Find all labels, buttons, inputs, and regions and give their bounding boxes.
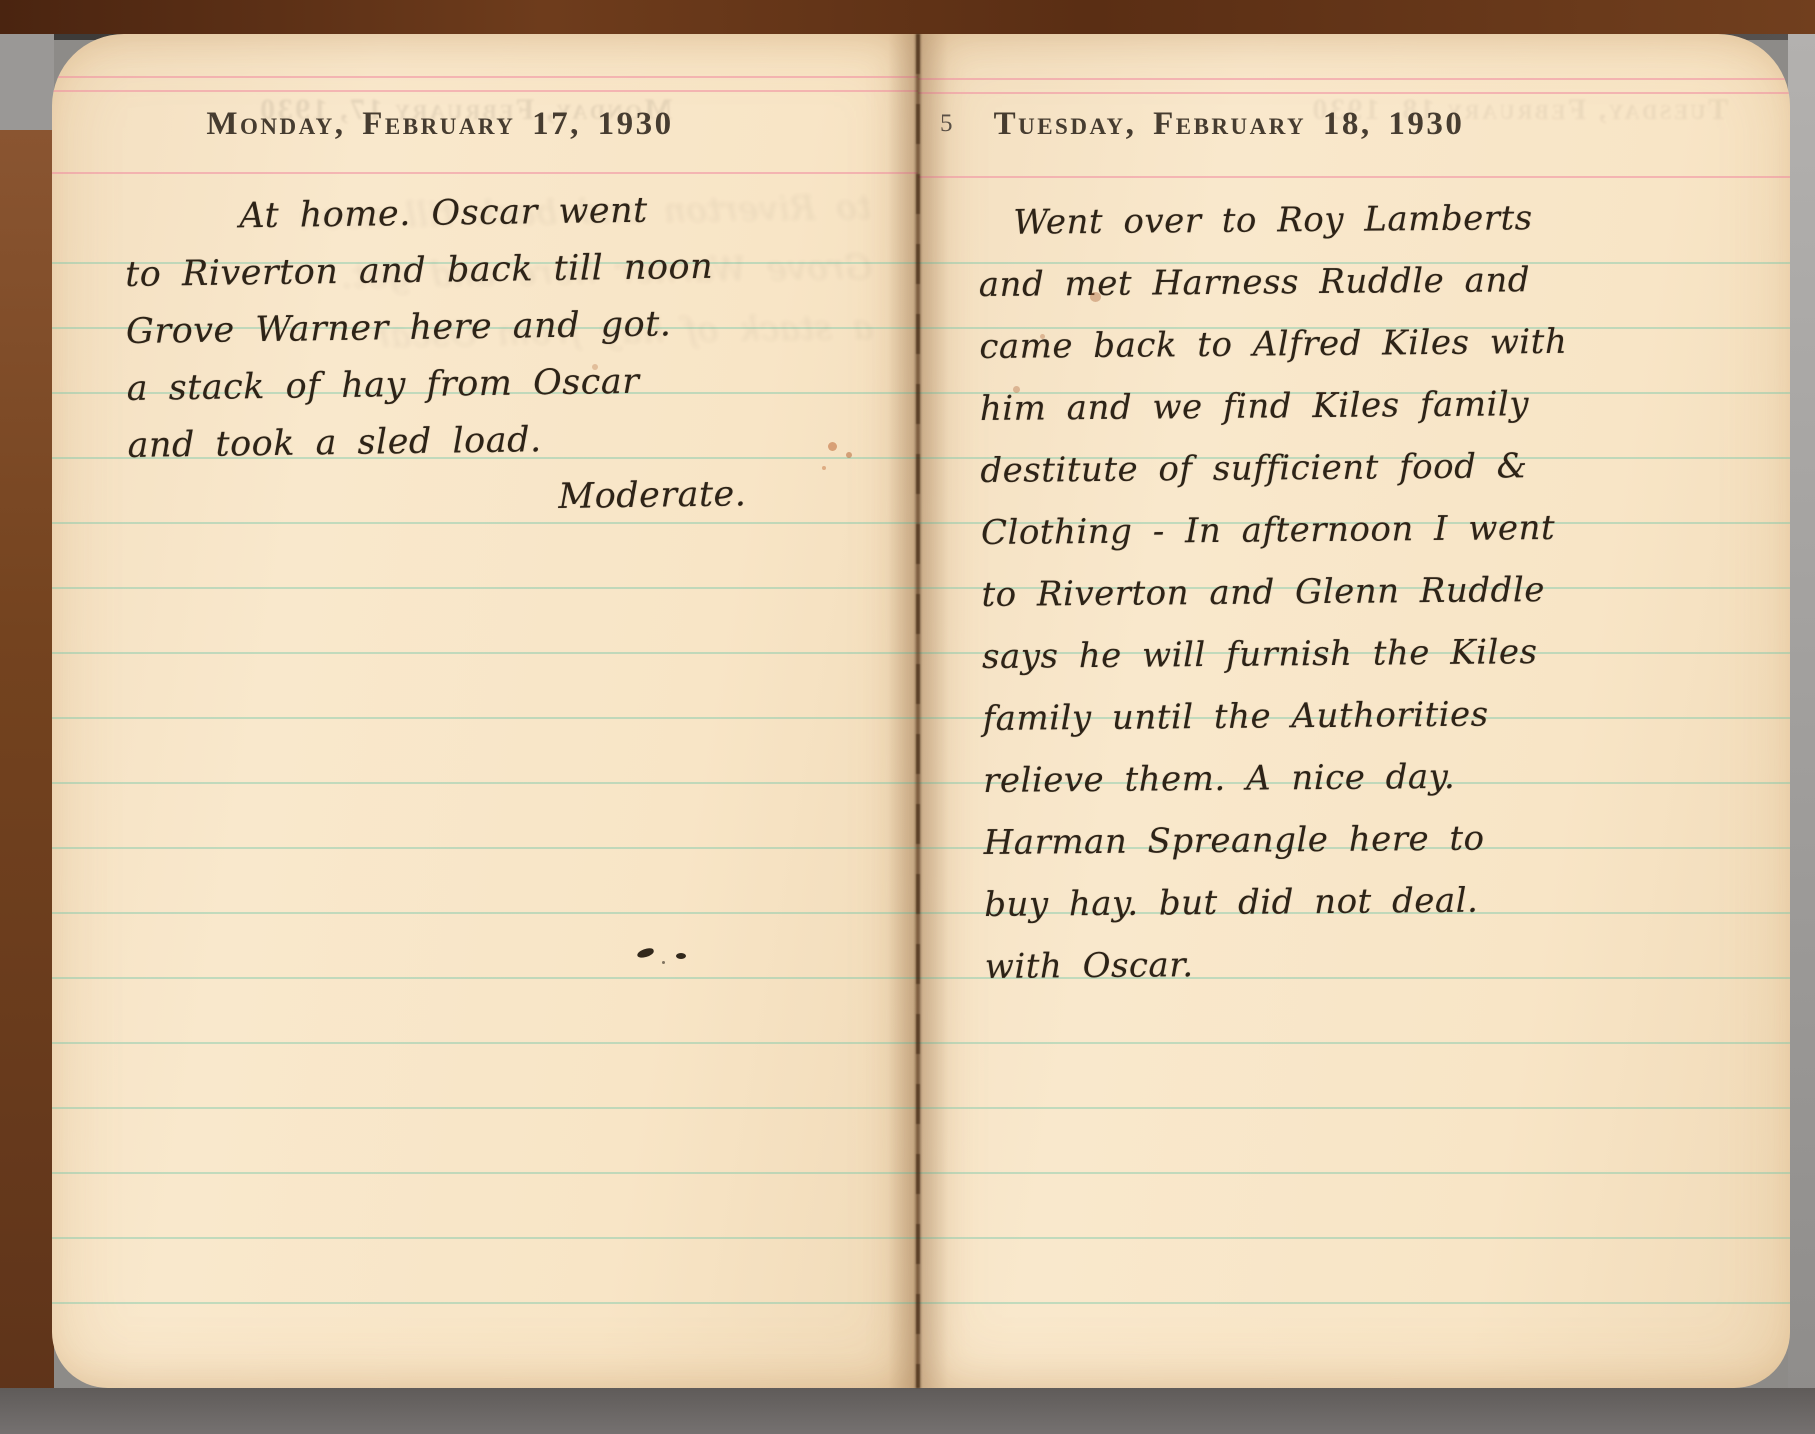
handwritten-line: Clothing - In afternoon I went xyxy=(981,495,1782,564)
diary-page-left: Monday, February 17, 1930 Monday, Februa… xyxy=(52,34,918,1388)
handwritten-line: and took a sled load. xyxy=(127,407,888,475)
handwritten-line: and met Harness Ruddle and xyxy=(979,247,1780,316)
handwritten-line: came back to Alfred Kiles with xyxy=(979,309,1780,378)
handwritten-line: Went over to Roy Lamberts xyxy=(978,185,1779,254)
handwritten-line: Grove Warner here and got. xyxy=(126,293,887,361)
margin-line xyxy=(52,76,918,78)
foxing-stain xyxy=(1040,334,1045,339)
handwritten-line: with Oscar. xyxy=(984,929,1785,998)
diary-book: Monday, February 17, 1930 Monday, Februa… xyxy=(52,34,1790,1388)
foxing-stain xyxy=(846,452,852,458)
handwritten-line: says he will furnish the Kiles xyxy=(982,619,1783,688)
handwritten-line: a stack of hay from Oscar xyxy=(126,350,887,418)
handwritten-line: buy hay. but did not deal. xyxy=(984,867,1785,936)
diary-page-right: Tuesday, February 18, 1930 Tuesday, Febr… xyxy=(918,34,1790,1388)
wood-table-edge xyxy=(0,130,54,1390)
foxing-stain xyxy=(828,442,837,451)
handwritten-line: to Riverton and back till noon xyxy=(125,236,886,304)
handwritten-line: destitute of sufficient food & xyxy=(980,433,1781,502)
handwritten-line: to Riverton and Glenn Ruddle xyxy=(981,557,1782,626)
book-gutter xyxy=(888,34,948,1388)
margin-line xyxy=(52,172,918,174)
page-left-surface: Monday, February 17, 1930 Monday, Februa… xyxy=(52,34,918,1388)
foxing-stain xyxy=(822,466,826,470)
page-header-right: Tuesday, February 18, 1930 xyxy=(918,100,1790,148)
handwritten-line: Moderate. xyxy=(128,464,889,532)
margin-line xyxy=(918,78,1790,80)
background-left-gray xyxy=(0,34,54,130)
page-header-left: Monday, February 17, 1930 xyxy=(52,100,918,148)
foxing-stain xyxy=(1090,292,1101,302)
handwritten-line: family until the Authorities xyxy=(982,681,1783,750)
margin-line xyxy=(918,176,1790,178)
diary-entry-left: At home. Oscar went to Riverton and back… xyxy=(124,179,889,532)
book-cover-top-edge xyxy=(0,0,1815,34)
background-bottom-strip xyxy=(0,1388,1815,1434)
page-edges-right xyxy=(1788,34,1815,1388)
page-right-surface: Tuesday, February 18, 1930 Tuesday, Febr… xyxy=(918,34,1790,1388)
foxing-stain xyxy=(1013,386,1020,393)
handwritten-line: Harman Spreangle here to xyxy=(983,805,1784,874)
handwritten-line: relieve them. A nice day. xyxy=(983,743,1784,812)
ink-blot xyxy=(662,961,665,964)
ink-blot xyxy=(676,953,686,959)
handwritten-line: At home. Oscar went xyxy=(124,179,885,247)
foxing-stain xyxy=(592,364,598,370)
diary-entry-right: Went over to Roy Lamberts and met Harnes… xyxy=(978,185,1785,998)
gutter-crease-line xyxy=(916,34,920,1388)
handwritten-line: him and we find Kiles family xyxy=(980,371,1781,440)
